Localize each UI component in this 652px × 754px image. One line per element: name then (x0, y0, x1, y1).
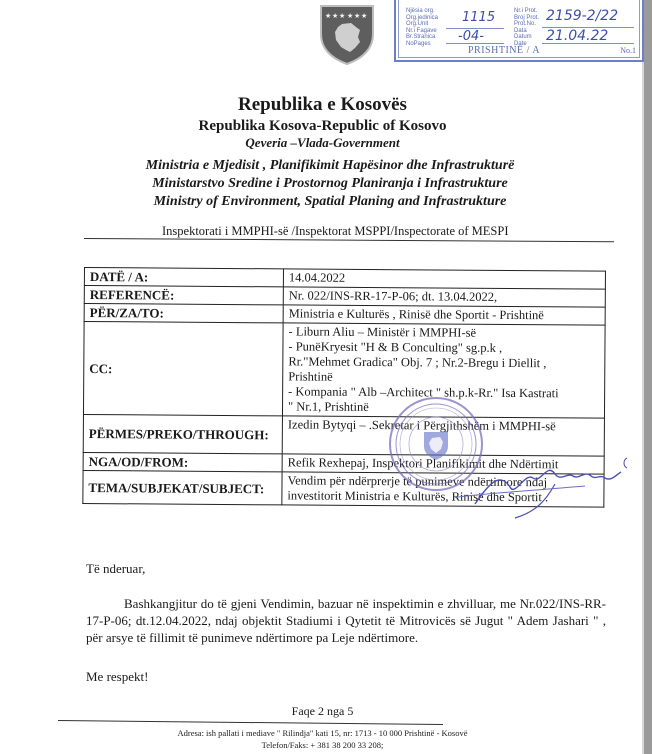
inspectorate-title: Inspektorati i MMPHI-së /Inspektorat MSP… (162, 224, 509, 239)
stamp-left-labels: Njësia org. Org.jedinica Org.Unit Nr.i F… (406, 8, 446, 47)
table-row: PËRMES/PREKO/THROUGH: Izedin Bytyqi – .S… (83, 414, 604, 456)
closing: Me respekt! (86, 668, 606, 685)
republic-title: Republika e Kosovës (0, 94, 645, 116)
memo-label-subject: TEMA/SUBJEKAT/SUBJECT: (83, 470, 282, 504)
memo-label-from: NGA/OD/FROM: (83, 452, 282, 471)
ministry-name-sq: Ministria e Mjedisit , Planifikimit Hapë… (0, 158, 652, 174)
memo-label-through: PËRMES/PREKO/THROUGH: (83, 414, 282, 453)
protocol-stamp: Njësia org. Org.jedinica Org.Unit Nr.i F… (394, 0, 644, 62)
stamp-number: No.1 (620, 46, 636, 55)
body-paragraph: Bashkangjitur do të gjeni Vendimin, bazu… (86, 595, 606, 646)
stamp-protocol-number: 2159-2/22 (546, 8, 618, 24)
scrollbar-edge (644, 0, 652, 754)
memo-label-to: PËR/ZA/TO: (84, 304, 283, 323)
government-title: Qeveria –Vlada-Government (0, 135, 645, 151)
ministry-name-en: Ministry of Environment, Spatial Planing… (0, 194, 652, 210)
footer-phone: Telefon/Faks: + 381 38 200 33 208; (0, 740, 645, 750)
cc-line: Rr."Mehmet Gradica" Obj. 7 ; Nr.2-Bregu … (288, 354, 599, 371)
memo-label-reference: REFERENCË: (84, 286, 283, 305)
footer-address: Adresa: ish pallati i mediave " Rilindja… (0, 728, 645, 738)
svg-text:★: ★ (332, 12, 338, 20)
svg-text:★: ★ (325, 12, 331, 20)
svg-text:★: ★ (347, 12, 353, 20)
greeting: Të nderuar, (86, 560, 606, 577)
svg-text:★: ★ (354, 12, 360, 20)
page-number: Faqe 2 nga 5 (0, 704, 645, 719)
republic-multilingual: Republika Kosova-Republic of Kosovo (0, 118, 645, 135)
memo-value-to: Ministria e Kulturës , Rinisë dhe Sporti… (283, 305, 605, 325)
stamp-date: 21.04.22 (546, 28, 608, 44)
ministry-name-sr: Ministarstvo Sredine i Prostornog Planir… (0, 176, 652, 192)
svg-text:★: ★ (339, 12, 345, 20)
memo-label-cc: CC: (83, 322, 283, 416)
memo-value-date: 14.04.2022 (283, 269, 605, 289)
svg-text:★: ★ (361, 12, 367, 20)
memo-label-date: DATË / A: (84, 268, 283, 287)
signature-icon (455, 452, 635, 522)
table-row: CC: - Liburn Aliu – Ministër i MMPHI-së … (83, 322, 605, 419)
stamp-label: NoPages (406, 41, 446, 48)
stamp-org-unit: 1115 (462, 10, 495, 25)
footer-divider (58, 720, 443, 725)
kosovo-coat-of-arms-icon: ★★★ ★★★ (318, 4, 376, 66)
stamp-pages: -04- (458, 29, 484, 44)
stamp-city: PRISHTINË / A (468, 45, 540, 56)
header-divider (84, 238, 614, 242)
memo-value-reference: Nr. 022/INS-RR-17-P-06; dt. 13.04.2022, (283, 287, 605, 307)
